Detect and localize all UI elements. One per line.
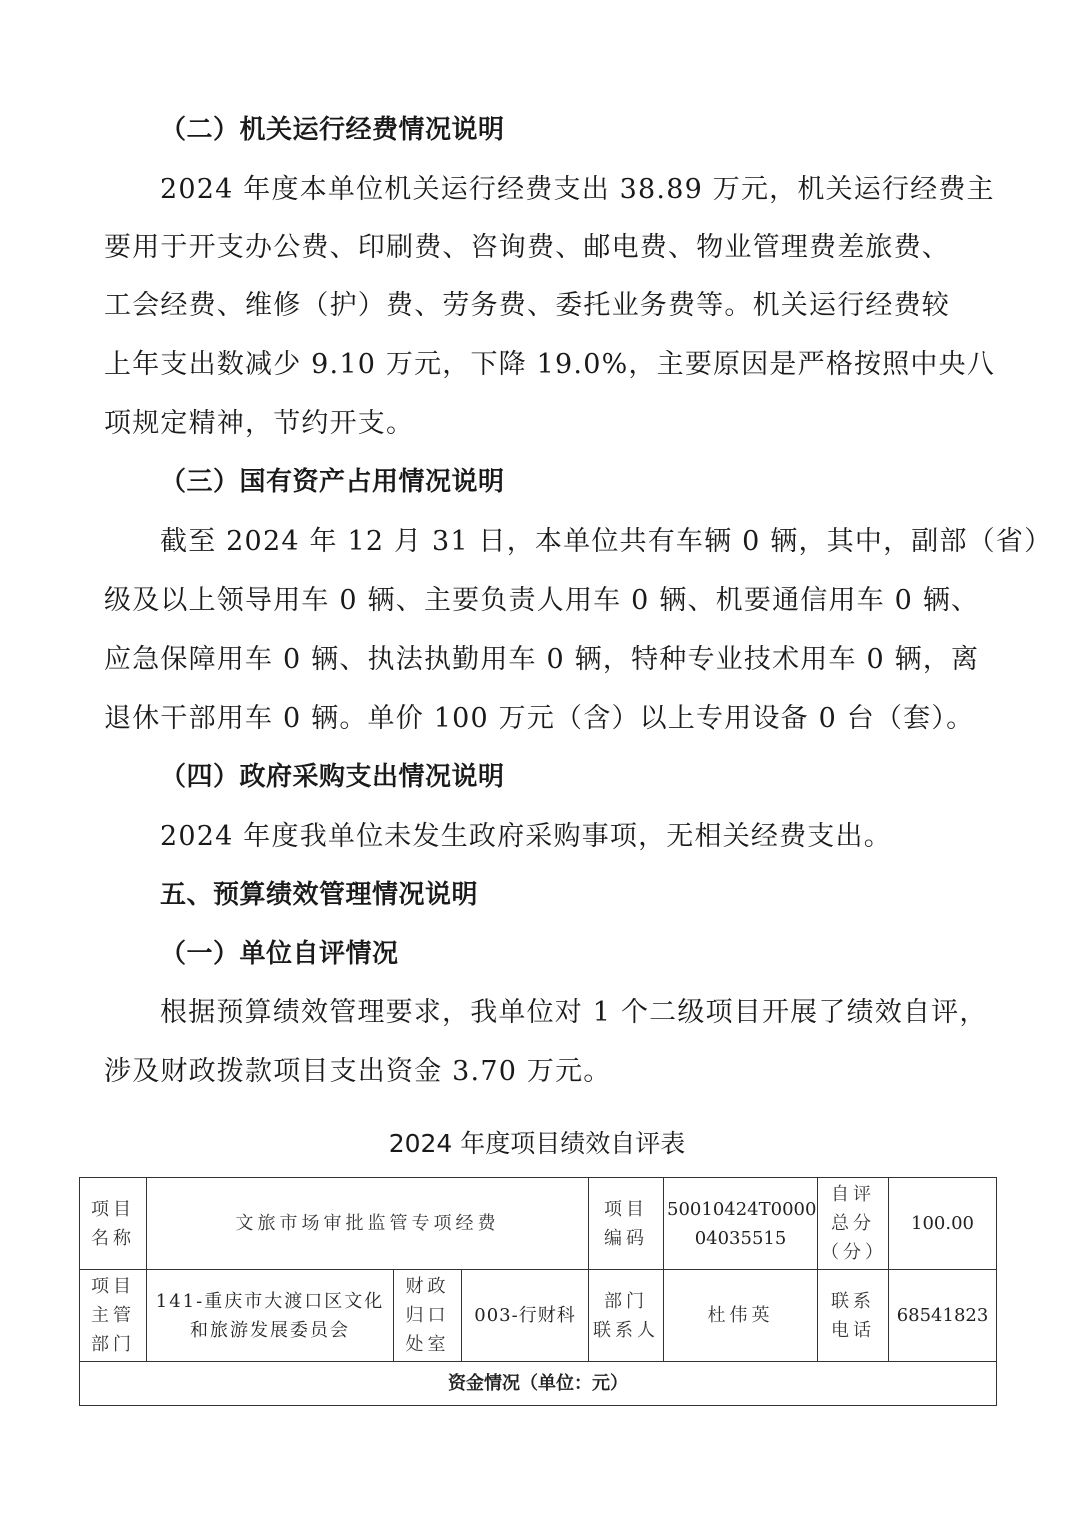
paragraph-line: 要用于开支办公费、印刷费、咨询费、邮电费、物业管理费差旅费、 — [104, 232, 950, 264]
paragraph-line: 根据预算绩效管理要求，我单位对 1 个二级项目开展了绩效自评， — [160, 997, 988, 1029]
paragraph-line: 上年支出数减少 9.10 万元，下降 19.0%，主要原因是严格按照中央八 — [104, 349, 995, 381]
project-name-value: 文旅市场审批监管专项经费 — [147, 1178, 589, 1270]
paragraph-line: 工会经费、维修（护）费、劳务费、委托业务费等。机关运行经费较 — [104, 290, 950, 322]
table-row: 资金情况（单位：元） — [80, 1362, 997, 1406]
paragraph-line: 应急保障用车 0 辆、执法执勤用车 0 辆，特种专业技术用车 0 辆，离 — [104, 644, 979, 676]
table-title: 2024 年度项目绩效自评表 — [0, 1128, 1074, 1160]
paragraph-line: 级及以上领导用车 0 辆、主要负责人用车 0 辆、机要通信用车 0 辆、 — [104, 585, 979, 617]
score-value: 100.00 — [889, 1178, 997, 1270]
finance-office-label: 财政归口处室 — [394, 1270, 462, 1362]
table-row: 项目名称 文旅市场审批监管专项经费 项目编码 50010424T00000403… — [80, 1178, 997, 1270]
funds-heading: 资金情况（单位：元） — [80, 1362, 997, 1406]
section-heading-self-evaluation: （一）单位自评情况 — [160, 938, 399, 970]
paragraph-line: 2024 年度本单位机关运行经费支出 38.89 万元，机关运行经费主 — [160, 174, 995, 206]
section-heading-operating-costs: （二）机关运行经费情况说明 — [160, 114, 505, 146]
dept-value: 141-重庆市大渡口区文化和旅游发展委员会 — [147, 1270, 394, 1362]
paragraph-line: 退休干部用车 0 辆。单价 100 万元（含）以上专用设备 0 台（套）。 — [104, 703, 974, 735]
paragraph-line: 截至 2024 年 12 月 31 日，本单位共有车辆 0 辆，其中，副部（省） — [160, 526, 1052, 558]
evaluation-table: 项目名称 文旅市场审批监管专项经费 项目编码 50010424T00000403… — [79, 1177, 997, 1406]
score-label: 自评总分（分） — [818, 1178, 889, 1270]
paragraph-line: 2024 年度我单位未发生政府采购事项，无相关经费支出。 — [160, 821, 892, 853]
section-heading-state-assets: （三）国有资产占用情况说明 — [160, 466, 505, 498]
contact-label: 部门联系人 — [589, 1270, 664, 1362]
paragraph-line: 涉及财政拨款项目支出资金 3.70 万元。 — [104, 1056, 611, 1088]
section-heading-performance: 五、预算绩效管理情况说明 — [160, 879, 478, 911]
paragraph-line: 项规定精神，节约开支。 — [104, 408, 414, 440]
phone-label: 联系电话 — [818, 1270, 889, 1362]
project-code-value: 50010424T000004035515 — [664, 1178, 818, 1270]
contact-value: 杜伟英 — [664, 1270, 818, 1362]
dept-label: 项目主管部门 — [80, 1270, 147, 1362]
project-name-label: 项目名称 — [80, 1178, 147, 1270]
table-row: 项目主管部门 141-重庆市大渡口区文化和旅游发展委员会 财政归口处室 003-… — [80, 1270, 997, 1362]
project-code-label: 项目编码 — [589, 1178, 664, 1270]
phone-value: 68541823 — [889, 1270, 997, 1362]
finance-office-value: 003-行财科 — [462, 1270, 589, 1362]
section-heading-procurement: （四）政府采购支出情况说明 — [160, 761, 505, 793]
